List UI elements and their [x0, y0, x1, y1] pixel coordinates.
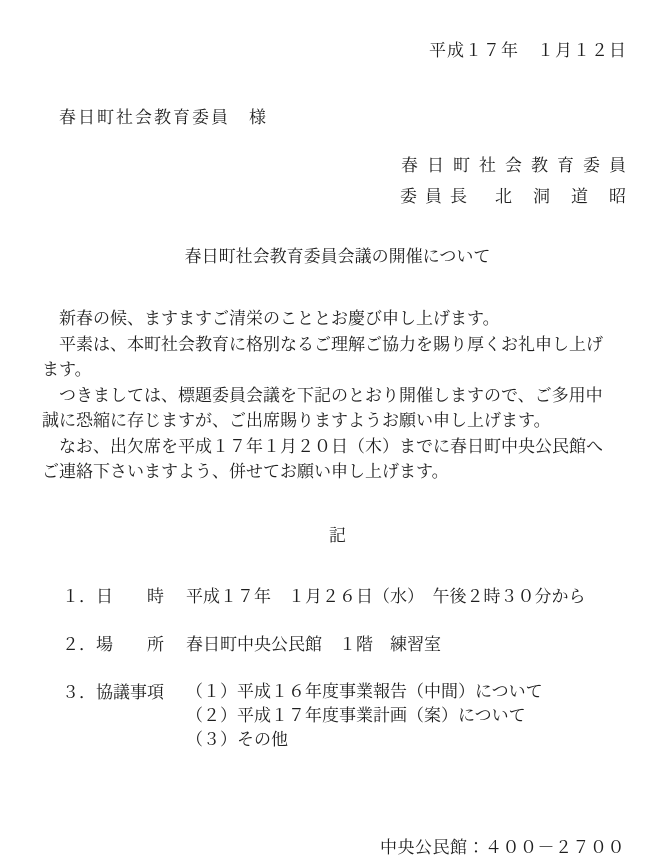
agenda-list: １．日 時 平成１７年 １月２６日（水） 午後２時３０分から ２．場 所 春日町…	[62, 584, 628, 752]
agenda-topic: （１）平成１６年度事業報告（中間）について	[186, 680, 543, 704]
sender-block: 春日町社会教育委員 委員長北洞道昭	[400, 150, 626, 212]
body-line: 平素は、本町社会教育に格別なるご理解ご協力を賜り厚くお礼申し上げ	[42, 332, 632, 358]
agenda-item-label: １．日 時	[62, 584, 186, 610]
document-title: 春日町社会教育委員会議の開催について	[25, 242, 650, 267]
body-line: つきましては、標題委員会議を下記のとおり開催しますので、ご多用中	[42, 383, 632, 409]
sender-name-line: 委員長北洞道昭	[400, 181, 626, 212]
body-line: 誠に恐縮に存じますが、ご出席賜りますようお願い申し上げます。	[42, 408, 632, 434]
agenda-item-label: ２．場 所	[62, 632, 186, 658]
sender-org: 春日町社会教育委員	[401, 156, 635, 175]
record-marker: 記	[25, 521, 650, 546]
agenda-topic: （３）その他	[186, 728, 543, 752]
sender-org-line: 春日町社会教育委員	[400, 150, 626, 181]
agenda-item-value: 春日町中央公民館 １階 練習室	[186, 632, 441, 658]
body-line: 新春の候、ますますご清栄のこととお慶び申し上げます。	[42, 306, 632, 332]
agenda-item-label: ３．協議事項	[62, 680, 186, 706]
letter-page: 平成１７年 １月１２日 春日町社会教育委員 様 春日町社会教育委員 委員長北洞道…	[0, 0, 650, 867]
body-line: ます。	[42, 357, 632, 383]
sender-title: 委員長	[400, 187, 475, 206]
date-line: 平成１７年 １月１２日	[429, 36, 627, 61]
body-line: なお、出欠席を平成１７年１月２０日（木）までに春日町中央公民館へ	[42, 434, 632, 460]
agenda-item-topics: ３．協議事項 （１）平成１６年度事業報告（中間）について （２）平成１７年度事業…	[62, 680, 628, 752]
agenda-item-value: 平成１７年 １月２６日（水） 午後２時３０分から	[186, 584, 586, 610]
footer-contact: 中央公民館：４００－２７００	[380, 833, 625, 858]
sender-name: 北洞道昭	[495, 187, 647, 206]
agenda-item-place: ２．場 所 春日町中央公民館 １階 練習室	[62, 632, 628, 658]
agenda-item-datetime: １．日 時 平成１７年 １月２６日（水） 午後２時３０分から	[62, 584, 628, 610]
body-line: ご連絡下さいますよう、併せてお願い申し上げます。	[42, 459, 632, 485]
agenda-topic-list: （１）平成１６年度事業報告（中間）について （２）平成１７年度事業計画（案）につ…	[186, 680, 543, 752]
recipient-line: 春日町社会教育委員 様	[59, 103, 268, 128]
body-text: 新春の候、ますますご清栄のこととお慶び申し上げます。 平素は、本町社会教育に格別…	[42, 306, 632, 485]
agenda-topic: （２）平成１７年度事業計画（案）について	[186, 704, 543, 728]
